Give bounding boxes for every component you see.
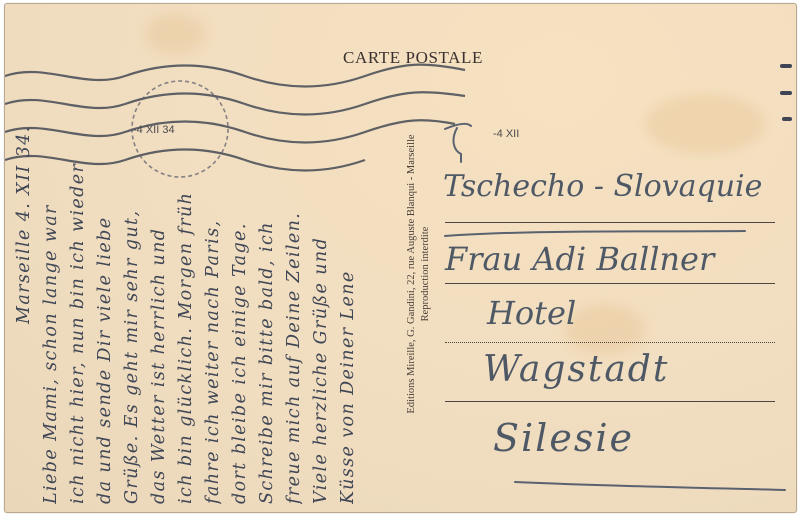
address-country: Tschecho - Slovaquie	[443, 169, 762, 204]
address-region: Silesie	[493, 416, 634, 460]
address-recipient: Frau Adi Ballner	[445, 240, 714, 278]
address-hotel: Hotel	[487, 294, 576, 332]
address-city: Wagstadt	[483, 349, 669, 390]
postcard-back: Marseille 4. XII 34. Liebe Mami, schon l…	[4, 3, 797, 513]
